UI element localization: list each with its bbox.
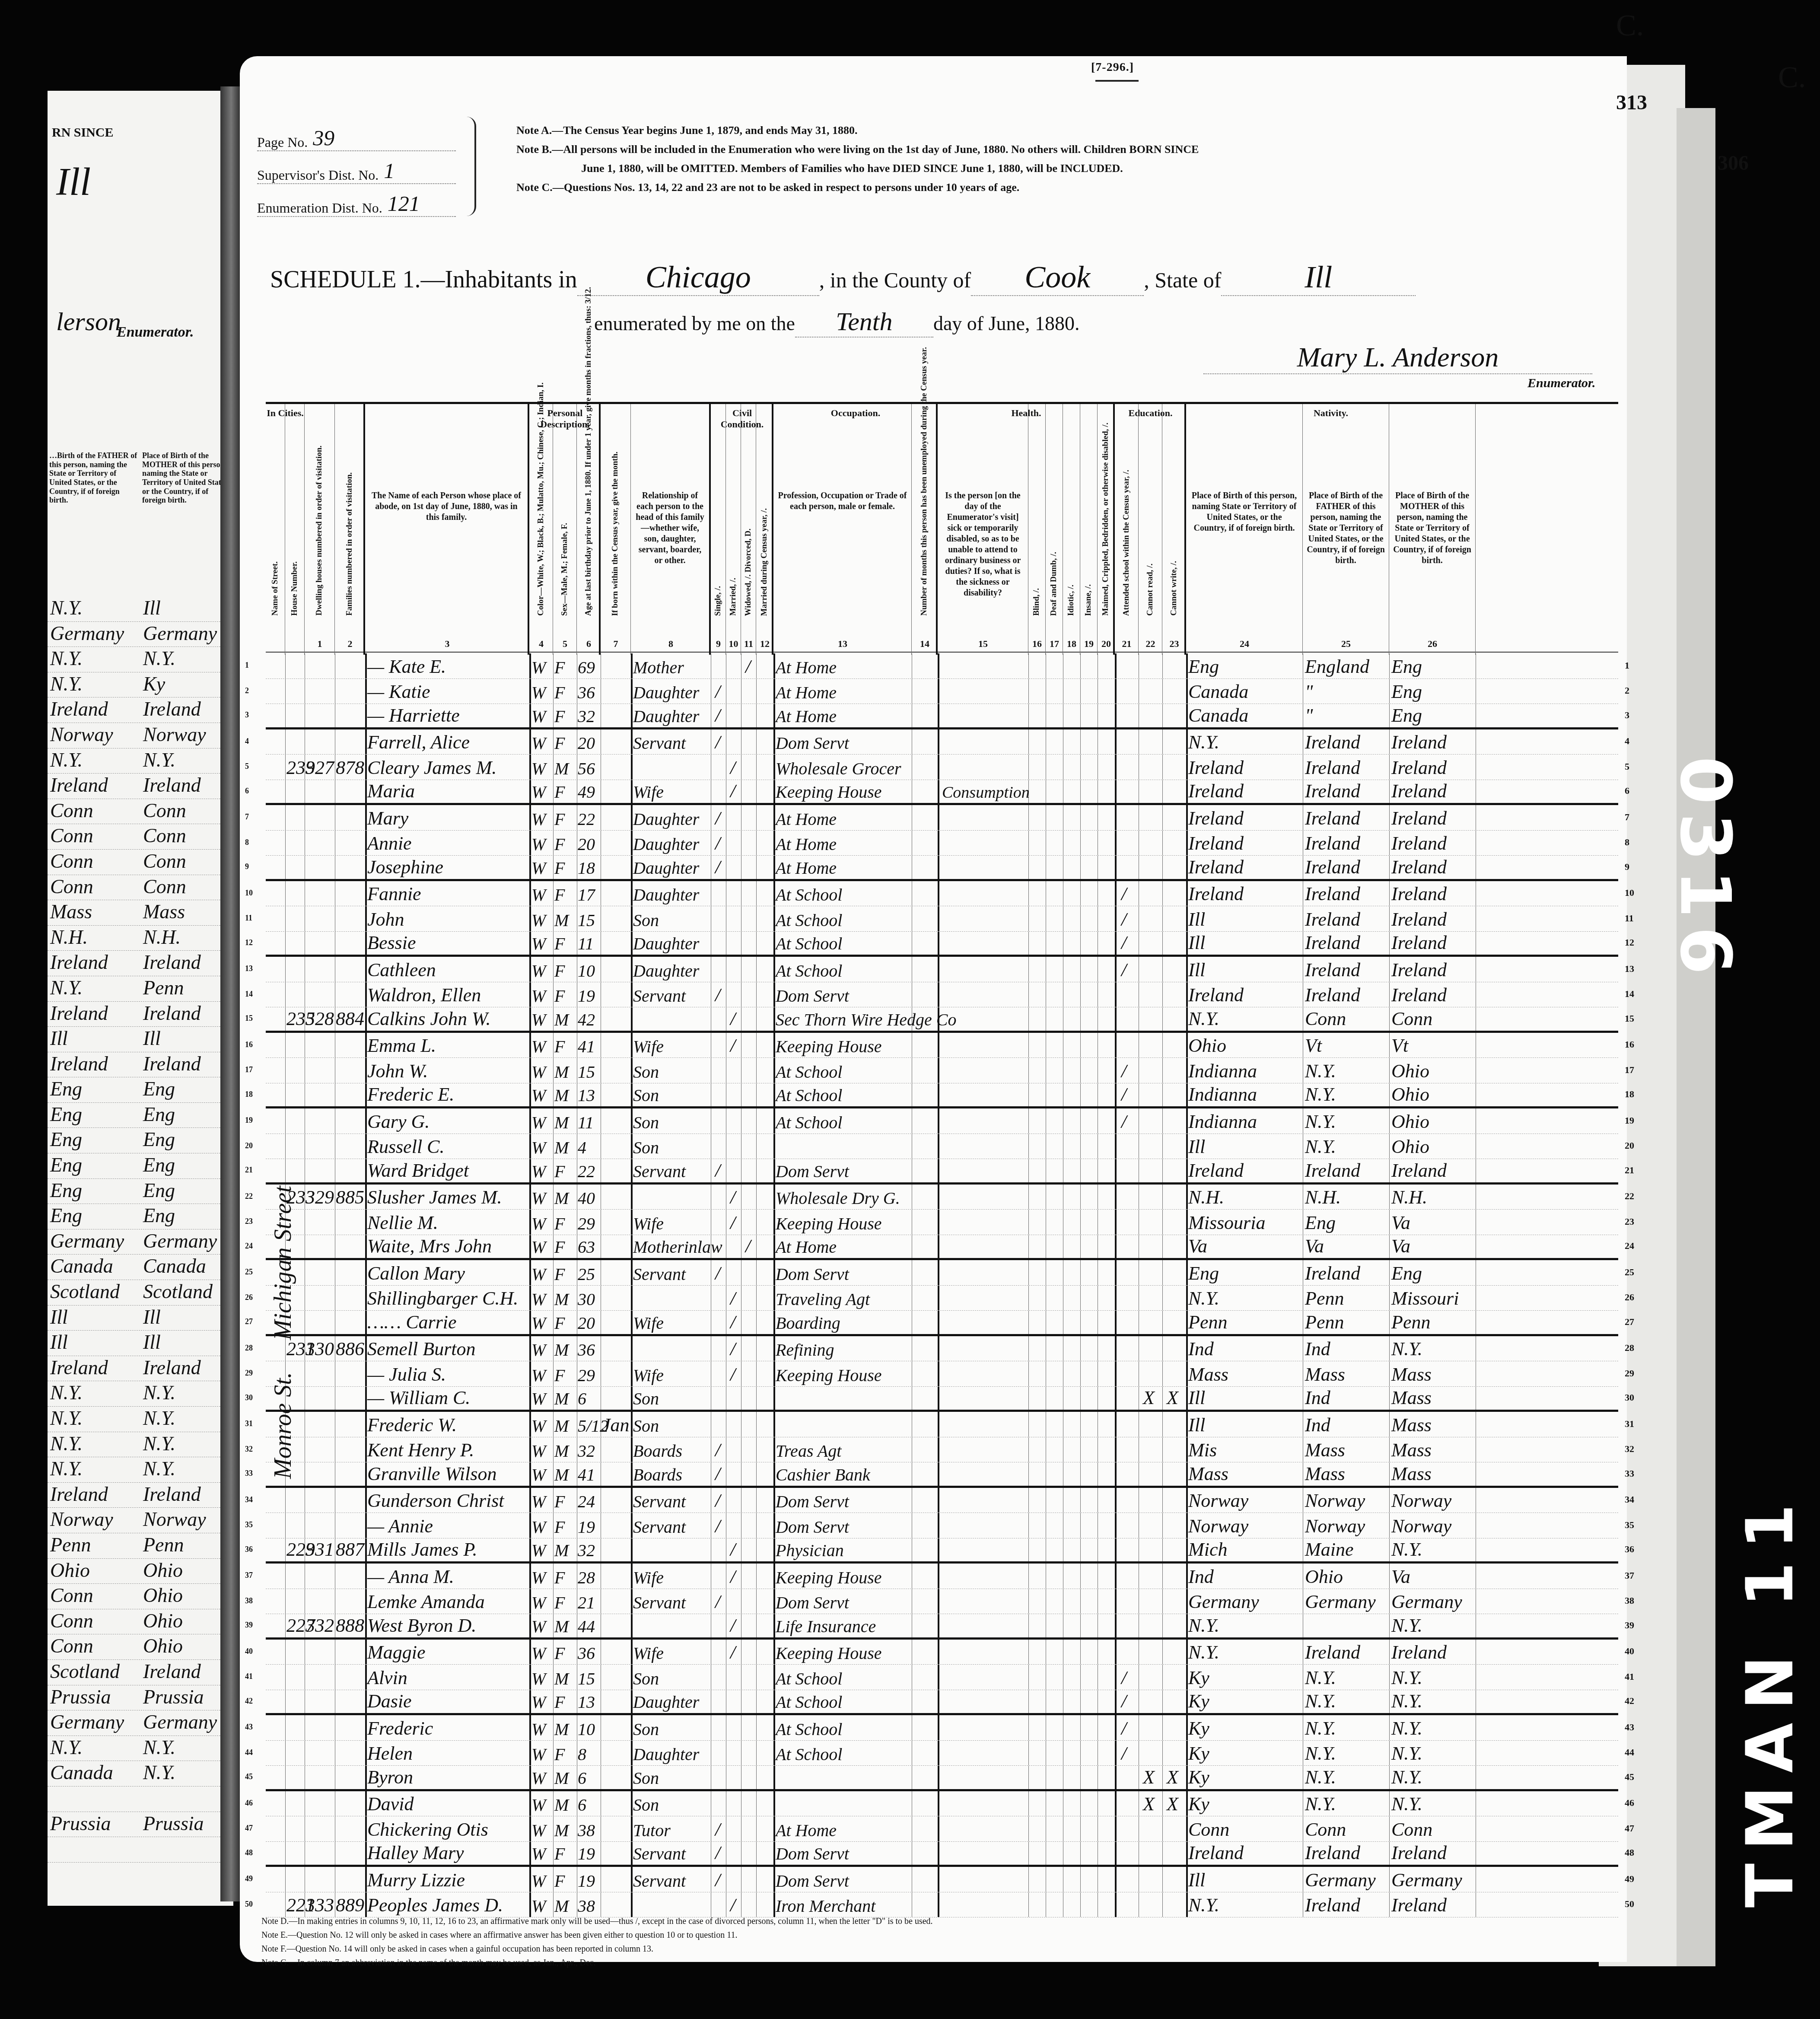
grid-line <box>726 1336 726 1361</box>
age-cell: 8 <box>578 1741 586 1766</box>
birthplace-cell: Ky <box>1188 1665 1209 1690</box>
grid-line <box>1046 1412 1046 1437</box>
grid-line <box>1046 1816 1046 1841</box>
grid-line <box>1063 1564 1063 1589</box>
grid-line <box>912 1665 912 1690</box>
column-header-text: Color—White, W.; Black, B.; Mulatto, Mu.… <box>536 382 546 616</box>
sex-cell: M <box>554 1058 569 1083</box>
grid-line <box>1080 1286 1081 1311</box>
grid-line <box>1162 704 1163 727</box>
grid-line <box>1476 1437 1476 1462</box>
grid-line <box>1063 1159 1063 1182</box>
birthplace-cell: Va <box>1188 1235 1207 1258</box>
grid-line <box>553 906 554 931</box>
column-header-c13: Profession, Occupation or Trade of each … <box>773 404 912 655</box>
father-birthplace-cell: " <box>1305 704 1313 727</box>
grid-line <box>365 982 367 1007</box>
occupation-cell: Life Insurance <box>776 1614 876 1637</box>
table-row: 22233329885Slusher James M.WM40/Wholesal… <box>266 1185 1618 1210</box>
grid-line <box>631 805 633 830</box>
grid-line <box>335 1185 335 1210</box>
line-number-right: 15 <box>1625 1007 1634 1031</box>
grid-line <box>1115 856 1117 879</box>
grid-line <box>1476 780 1476 803</box>
mother-birthplace-cell: Eng <box>1391 679 1422 704</box>
column-header-text: The Name of each Person whose place of a… <box>369 490 524 523</box>
grid-line <box>1389 1766 1390 1789</box>
grid-line <box>365 1715 367 1740</box>
left-mother-birthplace: Eng <box>140 1179 233 1204</box>
grid-line <box>773 1210 775 1235</box>
grid-line <box>912 831 912 856</box>
grid-line <box>1476 1640 1476 1665</box>
left-page-row: EngEng <box>48 1077 233 1103</box>
grid-line <box>1115 982 1117 1007</box>
grid-line <box>726 1260 726 1285</box>
grid-line <box>1139 679 1139 704</box>
column-header-c20: Maimed, Crippled, Bedridden, or otherwis… <box>1098 404 1115 655</box>
birthplace-cell: Mass <box>1188 1462 1228 1486</box>
mother-birthplace-cell: Ireland <box>1391 906 1447 931</box>
page-number-field: Page No. 39 <box>257 121 456 151</box>
left-mother-birthplace: Ky <box>140 672 233 697</box>
grid-line <box>756 1185 757 1210</box>
relationship-cell: Boards <box>633 1462 682 1486</box>
grid-line <box>756 1690 757 1713</box>
grid-line <box>1139 1741 1139 1766</box>
grid-line <box>711 1538 711 1562</box>
grid-line <box>553 1083 554 1107</box>
table-row: 6MariaWF49Wife/Keeping HouseConsumptionI… <box>266 780 1618 806</box>
grid-line <box>577 1361 577 1386</box>
mother-birthplace-cell: Ohio <box>1391 1134 1429 1159</box>
grid-line <box>1162 1867 1163 1892</box>
grid-line <box>741 1513 741 1538</box>
line-number-right: 20 <box>1625 1134 1634 1159</box>
form-code-rule <box>1095 80 1139 82</box>
grid-line <box>726 1361 726 1386</box>
grid-line <box>1303 653 1303 678</box>
grid-line <box>938 982 939 1007</box>
single-mark: / <box>715 1589 720 1614</box>
color-cell: W <box>531 653 546 678</box>
line-number-left: 38 <box>245 1589 253 1614</box>
grid-line <box>529 1361 531 1386</box>
left-mother-birthplace: Germany <box>140 1229 233 1255</box>
grid-line <box>285 1564 286 1589</box>
grid-line <box>1063 1640 1063 1665</box>
grid-line <box>1115 1311 1117 1334</box>
grid-line <box>1098 1361 1098 1386</box>
grid-line <box>1028 881 1029 906</box>
column-header-c18: Idiotic, /.18 <box>1063 404 1080 655</box>
grid-line <box>711 1842 711 1865</box>
line-number-right: 33 <box>1625 1462 1634 1486</box>
birthplace-cell: Canada <box>1188 704 1248 727</box>
grid-line <box>912 1488 912 1513</box>
grid-line <box>1186 1387 1188 1410</box>
grid-line <box>1115 1816 1117 1841</box>
line-number-left: 23 <box>245 1210 253 1235</box>
grid-line <box>1303 729 1303 755</box>
occupation-cell: Keeping House <box>776 1210 882 1235</box>
age-cell: 49 <box>578 780 595 803</box>
grid-line <box>305 1210 305 1235</box>
grid-line <box>1098 856 1098 879</box>
census-sheet: [7-296.] C. 306 Page No. 39 Supervisor's… <box>240 56 1627 1962</box>
name-cell: Frederic E. <box>367 1083 454 1107</box>
birthplace-cell: Eng <box>1188 653 1219 678</box>
grid-line <box>631 1842 633 1865</box>
grid-line <box>1046 1185 1046 1210</box>
name-cell: Farrell, Alice <box>367 729 470 755</box>
mother-birthplace-cell: Ohio <box>1391 1083 1429 1107</box>
father-birthplace-cell: N.Y. <box>1305 1766 1336 1789</box>
occupation-cell: At School <box>776 1108 842 1134</box>
grid-line <box>365 1387 367 1410</box>
grid-line <box>1063 1867 1063 1892</box>
grid-line <box>1098 1286 1098 1311</box>
grid-line <box>756 906 757 931</box>
mother-birthplace-cell: Vt <box>1391 1033 1408 1058</box>
grid-line <box>1028 1437 1029 1462</box>
left-page-row: N.Y.N.Y. <box>48 1407 233 1432</box>
line-number-right: 23 <box>1625 1210 1634 1235</box>
grid-line <box>1162 906 1163 931</box>
mother-birthplace-cell: N.Y. <box>1391 1538 1422 1562</box>
grid-line <box>773 780 775 803</box>
grid-line <box>711 679 711 704</box>
sex-cell: M <box>554 1108 569 1134</box>
grid-line <box>1186 1185 1188 1210</box>
grid-line <box>1115 1513 1117 1538</box>
age-cell: 69 <box>578 653 595 678</box>
grid-line <box>1476 1564 1476 1589</box>
father-birthplace-cell: Ireland <box>1305 856 1360 879</box>
grid-line <box>1389 1437 1390 1462</box>
color-cell: W <box>531 729 546 755</box>
grid-line <box>365 1564 367 1589</box>
line-number-right: 36 <box>1625 1538 1634 1562</box>
grid-line <box>741 1766 741 1789</box>
line-number-right: 13 <box>1625 957 1634 982</box>
header-notes: Note A.—The Census Year begins June 1, 1… <box>516 121 1597 197</box>
single-mark: / <box>715 729 720 755</box>
grid-line <box>529 1412 531 1437</box>
grid-line <box>1162 1665 1163 1690</box>
grid-line <box>1080 1513 1081 1538</box>
grid-line <box>938 1816 939 1841</box>
grid-line <box>335 881 335 906</box>
grid-line <box>577 957 577 982</box>
grid-line <box>1115 1412 1117 1437</box>
grid-line <box>1046 1614 1046 1637</box>
table-row: 41AlvinWM15SonAt School/KyN.Y.N.Y.41 <box>266 1665 1618 1690</box>
grid-line <box>1186 1033 1188 1058</box>
grid-line <box>726 1210 726 1235</box>
color-cell: W <box>531 881 546 906</box>
grid-line <box>1098 881 1098 906</box>
grid-line <box>773 1842 775 1865</box>
grid-line <box>938 1462 939 1486</box>
grid-line <box>938 1210 939 1235</box>
name-cell: Josephine <box>367 856 443 879</box>
grid-line <box>365 1134 367 1159</box>
line-number-left: 9 <box>245 856 249 879</box>
grid-line <box>912 1185 912 1210</box>
grid-line <box>726 1311 726 1334</box>
line-number-left: 44 <box>245 1741 253 1766</box>
grid-line <box>1046 906 1046 931</box>
grid-line <box>912 780 912 803</box>
column-number: 25 <box>1303 638 1389 650</box>
grid-line <box>1028 831 1029 856</box>
school-mark: / <box>1121 957 1126 982</box>
left-mother-birthplace <box>140 1787 233 1812</box>
grid-line <box>285 1033 286 1058</box>
grid-line <box>305 1690 305 1713</box>
grid-line <box>577 1210 577 1235</box>
color-cell: W <box>531 1741 546 1766</box>
grid-line <box>335 1816 335 1841</box>
age-cell: 28 <box>578 1564 595 1589</box>
grid-line <box>726 1614 726 1637</box>
grid-line <box>1080 932 1081 955</box>
mother-birthplace-cell: Mass <box>1391 1412 1432 1437</box>
mother-birthplace-cell: Ireland <box>1391 881 1447 906</box>
mother-birthplace-cell: Ireland <box>1391 982 1447 1007</box>
grid-line <box>773 1185 775 1210</box>
grid-line <box>938 1867 939 1892</box>
grid-line <box>711 957 711 982</box>
birthplace-cell: Ky <box>1188 1715 1209 1740</box>
left-page-row: IrelandIreland <box>48 697 233 723</box>
column-header-text: House Number. <box>290 561 299 616</box>
birthplace-cell: Indianna <box>1188 1058 1257 1083</box>
line-number-left: 42 <box>245 1690 253 1713</box>
column-header-c4: Color—White, W.; Black, B.; Mulatto, Mu.… <box>529 404 553 655</box>
birthplace-cell: Ill <box>1188 1387 1205 1410</box>
table-row: 16Emma L.WF41Wife/Keeping HouseOhioVtVt1… <box>266 1033 1618 1058</box>
color-cell: W <box>531 679 546 704</box>
grid-line <box>938 1387 939 1410</box>
age-cell: 18 <box>578 856 595 879</box>
occupation-cell: At Home <box>776 1235 837 1258</box>
relationship-cell: Daughter <box>633 932 699 955</box>
mother-birthplace-cell: Ireland <box>1391 755 1447 780</box>
grid-line <box>1186 679 1188 704</box>
grid-line <box>741 1311 741 1334</box>
grid-line <box>912 1513 912 1538</box>
grid-line <box>529 1741 531 1766</box>
birthplace-cell: Ind <box>1188 1564 1214 1589</box>
line-number-left: 10 <box>245 881 253 906</box>
grid-line <box>1303 1336 1303 1361</box>
grid-line <box>1389 653 1390 678</box>
relationship-cell: Motherinlaw <box>633 1235 722 1258</box>
grid-line <box>711 831 711 856</box>
left-father-birthplace: Prussia <box>48 1685 140 1710</box>
sex-cell: F <box>554 653 565 678</box>
grid-line <box>938 1488 939 1513</box>
grid-line <box>711 1867 711 1892</box>
grid-line <box>365 1462 367 1486</box>
grid-line <box>1098 957 1098 982</box>
left-page-row: EngEng <box>48 1179 233 1204</box>
grid-line <box>1162 1058 1163 1083</box>
grid-line <box>553 780 554 803</box>
grid-line <box>912 1892 912 1917</box>
grid-line <box>553 1134 554 1159</box>
grid-line <box>741 1564 741 1589</box>
grid-line <box>1063 1766 1063 1789</box>
grid-line <box>365 1665 367 1690</box>
grid-line <box>1186 1665 1188 1690</box>
grid-line <box>1162 805 1163 830</box>
grid-line <box>365 1159 367 1182</box>
age-cell: 41 <box>578 1462 595 1486</box>
grid-line <box>1303 831 1303 856</box>
grid-line <box>912 1614 912 1637</box>
married-mark: / <box>730 1614 735 1637</box>
grid-line <box>1389 1260 1390 1285</box>
sex-cell: F <box>554 856 565 879</box>
left-mother-birthplace: Ireland <box>140 1483 233 1508</box>
father-birthplace-cell: Vt <box>1305 1033 1322 1058</box>
grid-line <box>1476 1488 1476 1513</box>
column-header-text: Maimed, Crippled, Bedridden, or otherwis… <box>1101 423 1110 616</box>
grid-line <box>938 805 939 830</box>
occupation-cell: Keeping House <box>776 1640 882 1665</box>
grid-line <box>938 1614 939 1637</box>
grid-line <box>1080 1462 1081 1486</box>
grid-line <box>1063 1791 1063 1816</box>
grid-line <box>1186 906 1188 931</box>
grid-line <box>285 729 286 755</box>
sex-cell: F <box>554 1690 565 1713</box>
grid-line <box>335 1488 335 1513</box>
single-mark: / <box>715 704 720 727</box>
grid-line <box>285 1108 286 1134</box>
grid-line <box>1098 1665 1098 1690</box>
grid-line <box>1098 1387 1098 1410</box>
grid-line <box>912 1083 912 1107</box>
single-mark: / <box>715 679 720 704</box>
line-number-left: 50 <box>245 1892 253 1917</box>
mother-birthplace-cell: Ohio <box>1391 1108 1429 1134</box>
grid-line <box>1046 831 1046 856</box>
table-row: 24Waite, Mrs JohnWF63Motherinlaw/At Home… <box>266 1235 1618 1261</box>
grid-line <box>1115 906 1117 931</box>
grid-line <box>1476 1462 1476 1486</box>
left-page-row: GermanyGermany <box>48 622 233 647</box>
color-cell: W <box>531 1033 546 1058</box>
grid-line <box>1028 1336 1029 1361</box>
grid-line <box>1186 1741 1188 1766</box>
grid-line <box>601 1286 601 1311</box>
left-mother-birthplace: Ireland <box>140 774 233 799</box>
left-page-row: EngEng <box>48 1204 233 1229</box>
column-number: 10 <box>726 638 741 650</box>
grid-line <box>305 1715 305 1740</box>
father-birthplace-cell: Ind <box>1305 1387 1330 1410</box>
table-row: 23Nellie M.WF29Wife/Keeping HouseMissour… <box>266 1210 1618 1235</box>
grid-line <box>1162 1488 1163 1513</box>
color-cell: W <box>531 1715 546 1740</box>
mother-birthplace-cell: Ireland <box>1391 932 1447 955</box>
family-number-cell: 888 <box>336 1614 364 1637</box>
line-number-left: 37 <box>245 1564 253 1589</box>
sex-cell: M <box>554 1791 569 1816</box>
grid-line <box>741 1286 741 1311</box>
grid-line <box>1162 1210 1163 1235</box>
mother-birthplace-cell: N.Y. <box>1391 1766 1422 1789</box>
grid-line <box>1476 932 1476 955</box>
relationship-cell: Boards <box>633 1437 682 1462</box>
grid-line <box>1303 1159 1303 1182</box>
grid-line <box>631 906 633 931</box>
left-page-row: ConnOhio <box>48 1584 233 1609</box>
grid-line <box>1476 1260 1476 1285</box>
sex-cell: F <box>554 1488 565 1513</box>
table-row: 46DavidWM6SonXXKyN.Y.N.Y.46 <box>266 1791 1618 1817</box>
age-cell: 38 <box>578 1892 595 1917</box>
grid-line <box>631 1108 633 1134</box>
grid-line <box>285 1715 286 1740</box>
grid-line <box>529 1513 531 1538</box>
name-cell: Callon Mary <box>367 1260 465 1285</box>
line-number-left: 40 <box>245 1640 253 1665</box>
line-number-left: 3 <box>245 704 249 727</box>
grid-line <box>631 1033 633 1058</box>
grid-line <box>1098 1892 1098 1917</box>
birthplace-cell: Ky <box>1188 1741 1209 1766</box>
grid-line <box>756 1083 757 1107</box>
married-mark: / <box>730 1892 735 1917</box>
name-cell: Bessie <box>367 932 416 955</box>
grid-line <box>285 1007 286 1031</box>
age-cell: 30 <box>578 1286 595 1311</box>
grid-line <box>305 1311 305 1334</box>
column-header-text: Name of Street. <box>270 561 280 616</box>
table-row: 36229331887Mills James P.WM32/PhysicianM… <box>266 1538 1618 1564</box>
grid-line <box>553 653 554 678</box>
grid-line <box>711 856 711 879</box>
grid-line <box>912 1791 912 1816</box>
grid-line <box>1476 1311 1476 1334</box>
grid-line <box>773 1589 775 1614</box>
grid-line <box>1063 1336 1063 1361</box>
left-father-birthplace: Norway <box>48 1508 140 1533</box>
single-mark: / <box>715 1437 720 1462</box>
married-mark: / <box>730 755 735 780</box>
grid-line <box>631 679 633 704</box>
color-cell: W <box>531 1791 546 1816</box>
grid-line <box>631 1235 633 1258</box>
grid-line <box>305 1589 305 1614</box>
name-cell: Frederic <box>367 1715 433 1740</box>
grid-line <box>1115 957 1117 982</box>
grid-line <box>1080 1260 1081 1285</box>
grid-line <box>305 1235 305 1258</box>
grid-line <box>553 1842 554 1865</box>
street-name-annotation: Monroe St. <box>269 1336 297 1479</box>
line-number-right: 46 <box>1625 1791 1634 1816</box>
grid-line <box>1063 1361 1063 1386</box>
grid-line <box>1115 881 1117 906</box>
left-father-birthplace: N.Y. <box>48 596 140 621</box>
grid-line <box>1303 1842 1303 1865</box>
